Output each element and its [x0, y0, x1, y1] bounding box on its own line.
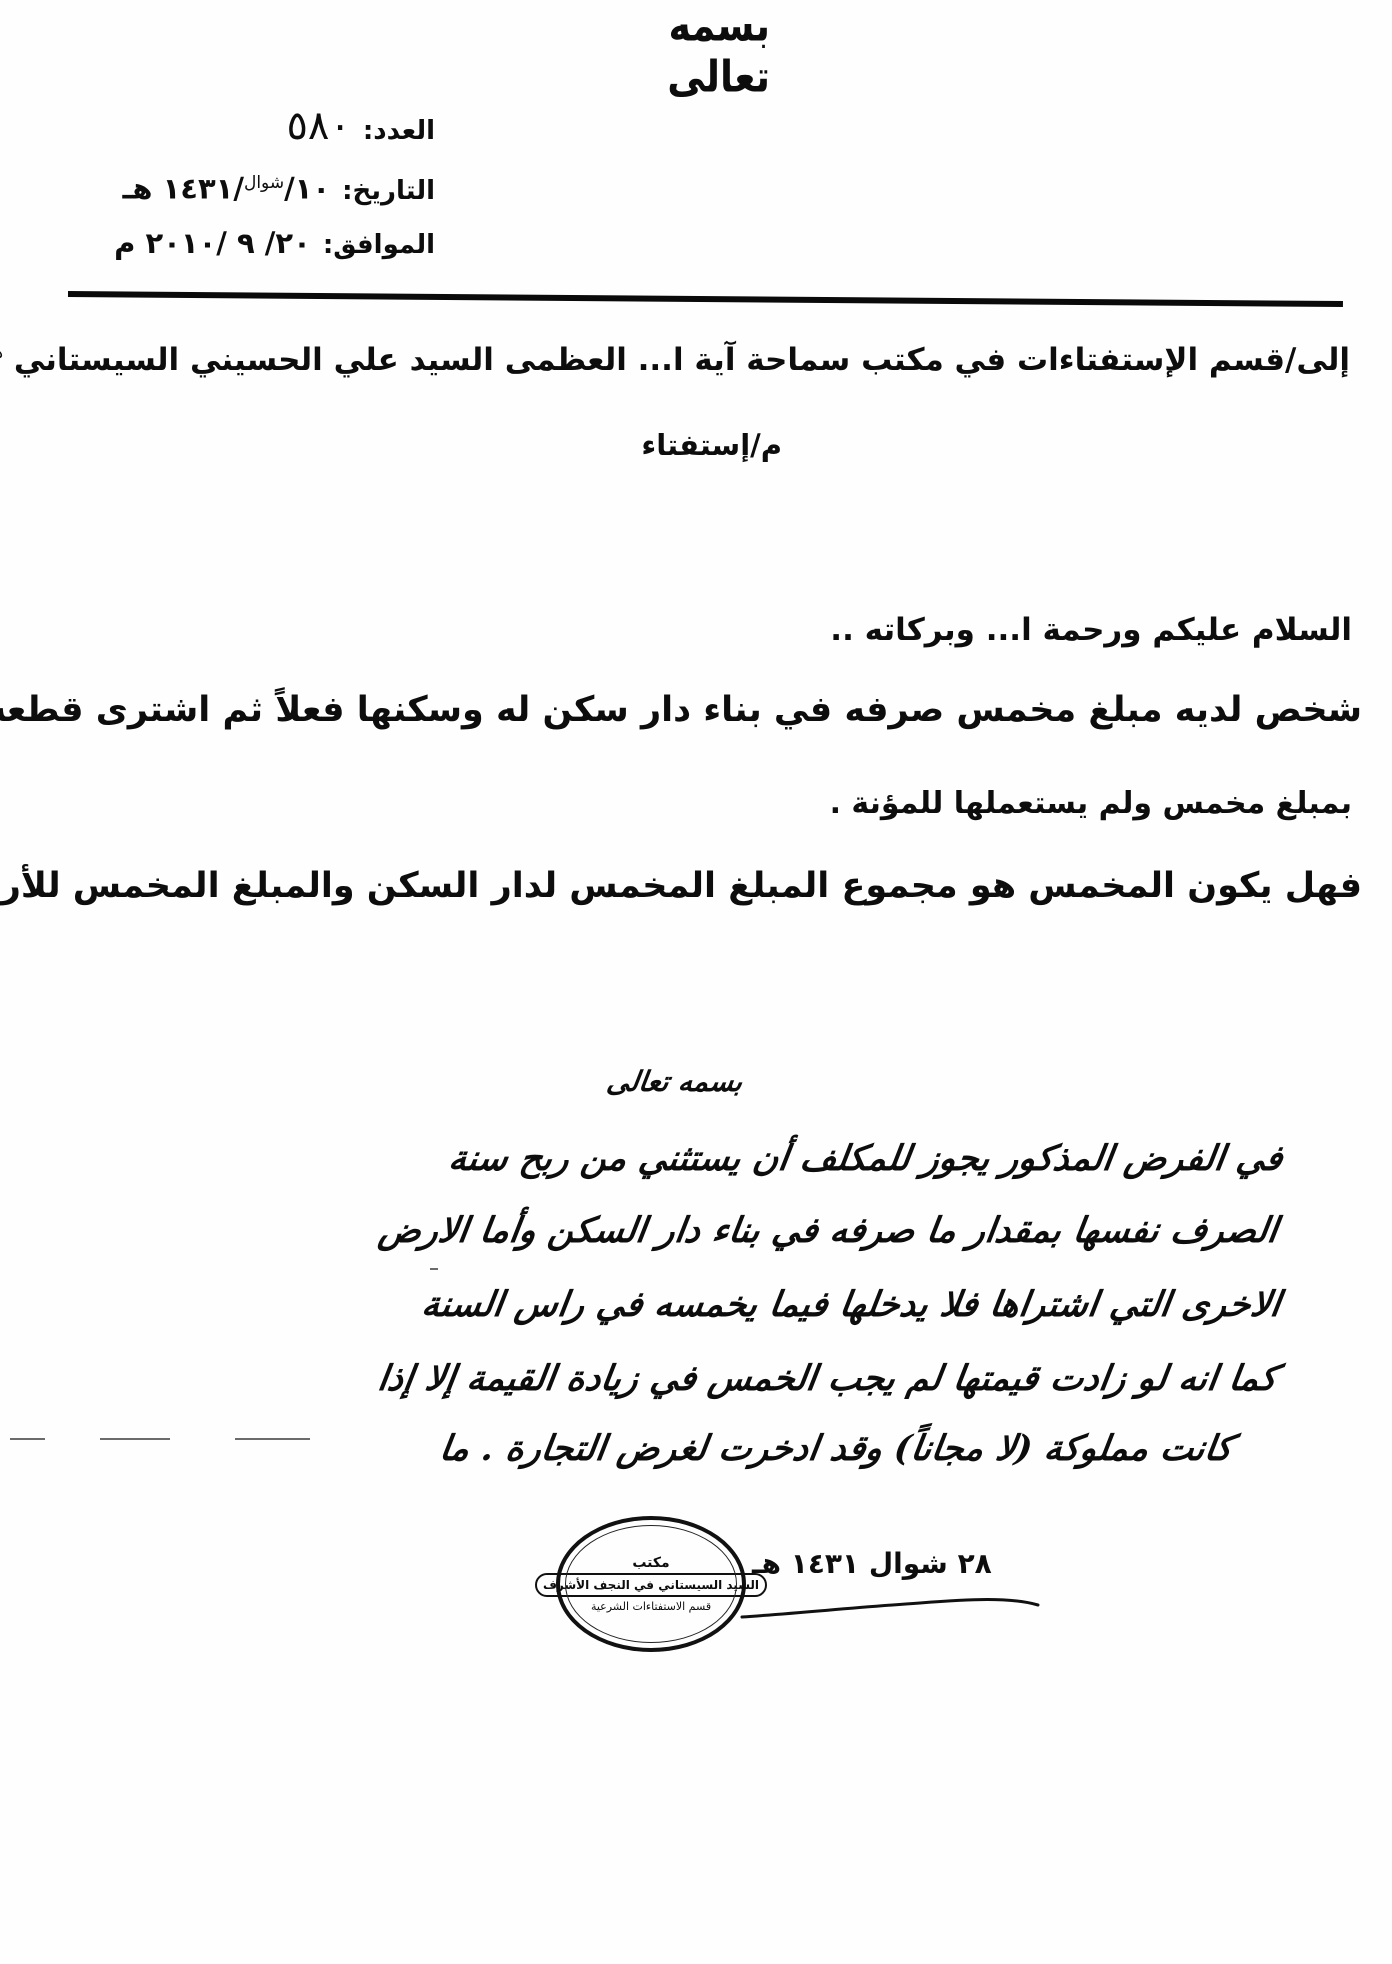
reference-number-label: العدد: [363, 105, 435, 157]
hijri-month: شوال [244, 173, 284, 193]
scanned-document-page: بسمه تعالى العدد: ٥٨٠ التاريخ: ١٠/شوال/١… [0, 0, 1392, 1964]
header-divider [68, 291, 1343, 307]
hijri-year: ١٤٣١ هـ [122, 172, 233, 206]
answer-line-5: كانت مملوكة (لا مجاناً) وقد ادخرت لغرض ا… [437, 1428, 1235, 1469]
hijri-date-label: التاريخ: [342, 165, 435, 217]
question-line-2: بمبلغ مخمس ولم يستعملها للمؤنة . [830, 786, 1352, 821]
answer-line-2: الصرف نفسها بمقدار ما صرفه في بناء دار ا… [376, 1210, 1280, 1251]
gregorian-date-value: ٢٠/ ٩ /٢٠١٠ م [114, 217, 311, 269]
answer-line-3: الاخرى التي اشتراها فلا يدخلها فيما يخمس… [419, 1284, 1283, 1325]
question-line-1: شخص لديه مبلغ مخمس صرفه في بناء دار سكن … [0, 690, 1362, 730]
hijri-date-row: التاريخ: ١٠/شوال/١٤٣١ هـ [55, 157, 435, 217]
question-line-3: فهل يكون المخمس هو مجموع المبلغ المخمس ل… [0, 866, 1362, 906]
scan-artifact-line [100, 1438, 170, 1440]
reference-number-value: ٥٨٠ [286, 100, 350, 152]
answer-line-4: كما انه لو زادت قيمتها لم يجب الخمس في ز… [375, 1358, 1280, 1399]
hijri-day: ١٠ [295, 172, 330, 206]
gregorian-date-row: الموافق: ٢٠/ ٩ /٢٠١٠ م [55, 217, 435, 271]
letterhead-basmala: بسمه تعالى [620, 6, 770, 96]
reference-number-row: العدد: ٥٨٠ [55, 100, 435, 157]
greeting-line: السلام عليكم ورحمة ا... وبركاته .. [830, 612, 1352, 648]
addressee-text: إلى/قسم الإستفتاءات في مكتب سماحة آية ا.… [14, 342, 1350, 378]
gregorian-date-label: الموافق: [323, 219, 435, 271]
document-meta: العدد: ٥٨٠ التاريخ: ١٠/شوال/١٤٣١ هـ المو… [55, 100, 435, 271]
signature-stroke-icon [740, 1593, 1040, 1623]
answer-line-1: في الفرض المذكور يجوز للمكلف أن يستثني م… [446, 1138, 1285, 1179]
addressee-line: إلى/قسم الإستفتاءات في مكتب سماحة آية ا.… [0, 342, 1350, 378]
office-seal-stamp: مكتب السيد السيستاني في النجف الأشرف قسم… [556, 1516, 746, 1652]
seal-bottom-text: قسم الاستفتاءات الشرعية [591, 1600, 711, 1613]
subject-line: م/إستفتاء [641, 428, 782, 462]
scan-artifact-line [10, 1438, 45, 1440]
hijri-date-value: ١٠/شوال/١٤٣١ هـ [122, 157, 330, 215]
seal-middle-text: السيد السيستاني في النجف الأشرف [535, 1573, 767, 1597]
honorific-text: دام ظله [0, 344, 3, 364]
scan-artifact-line [430, 1268, 438, 1270]
answer-basmala: بسمه تعالى [604, 1065, 744, 1098]
answer-date: ٢٨ شوال ١٤٣١ هـ [752, 1547, 992, 1580]
scan-artifact-line [235, 1438, 310, 1440]
seal-top-text: مكتب [632, 1555, 669, 1571]
